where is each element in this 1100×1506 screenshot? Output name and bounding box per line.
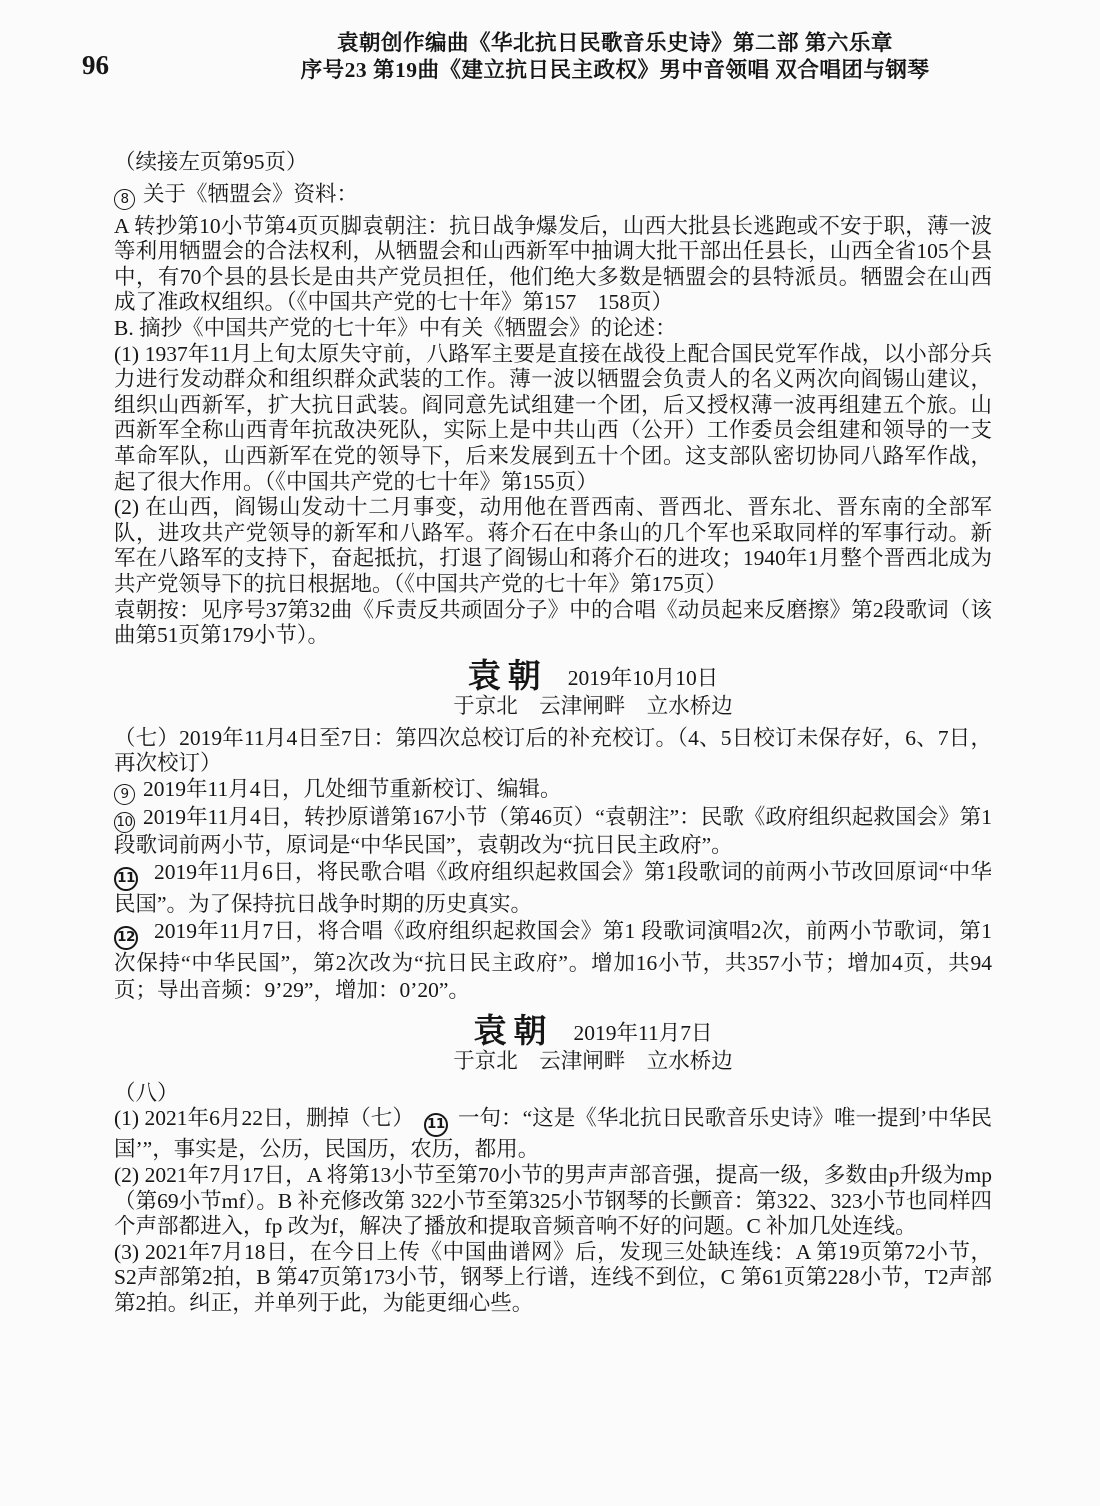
signature-line-2: 袁朝2019年11月7日 [194, 1020, 992, 1047]
item-11: 112019年11月6日，将民歌合唱《政府组织起救国会》第1段歌词的前两小节改回… [114, 859, 992, 918]
signature-block-1: 袁朝2019年10月10日 于京北 云津闸畔 立水桥边 [114, 665, 992, 720]
paragraph-excerpt-2: (2) 在山西，阎锡山发动十二月事变，动用他在晋西南、晋西北、晋东北、晋东南的全… [114, 495, 992, 597]
document-header: 袁朝创作编曲《华北抗日民歌音乐史诗》第二部 第六乐章 序号23 第19曲《建立抗… [170, 30, 1060, 84]
item-12: 122019年11月7日，将合唱《政府组织起救国会》第1 段歌词演唱2次，前两小… [114, 918, 992, 1004]
circled-number-12: 12 [114, 926, 138, 950]
header-title-line-2: 序号23 第19曲《建立抗日民主政权》男中音领唱 双合唱团与钢琴 [170, 57, 1060, 84]
continuation-note: （续接左页第95页） [114, 150, 992, 176]
paragraph-source-a: A 转抄第10小节第4页页脚袁朝注：抗日战争爆发后，山西大批县长逃跑或不安于职，… [114, 214, 992, 316]
revision-note-2: (2) 2021年7月17日，A 将第13小节至第70小节的男声声部音强，提高一… [114, 1163, 992, 1240]
section-8-heading: （八） [114, 1081, 992, 1107]
item-10: 102019年11月4日，转抄原谱第167小节（第46页）“袁朝注”：民歌《政府… [114, 805, 992, 859]
item-8-heading: 8关于《牺盟会》资料： [114, 182, 992, 210]
section-7-heading: （七）2019年11月4日至7日：第四次总校订后的补充校订。（4、5日校订未保存… [114, 726, 992, 777]
signature-date: 2019年11月7日 [574, 1021, 713, 1045]
circled-number-11-inline: 11 [424, 1113, 448, 1137]
item-10-text: 2019年11月4日，转抄原谱第167小节（第46页）“袁朝注”：民歌《政府组织… [114, 805, 992, 857]
signature-line-1: 袁朝2019年10月10日 [194, 665, 992, 692]
header-title-line-1: 袁朝创作编曲《华北抗日民歌音乐史诗》第二部 第六乐章 [170, 30, 1060, 57]
document-page: 96 袁朝创作编曲《华北抗日民歌音乐史诗》第二部 第六乐章 序号23 第19曲《… [0, 0, 1100, 1506]
circled-number-8: 8 [114, 189, 135, 210]
item-9: 92019年11月4日，几处细节重新校订、编辑。 [114, 777, 992, 805]
revision-note-1: (1) 2021年6月22日，删掉（七）11一句：“这是《华北抗日民歌音乐史诗》… [114, 1106, 992, 1163]
signature-date: 2019年10月10日 [568, 666, 719, 690]
document-body: （续接左页第95页） 8关于《牺盟会》资料： A 转抄第10小节第4页页脚袁朝注… [114, 150, 992, 1317]
item-12-text: 2019年11月7日，将合唱《政府组织起救国会》第1 段歌词演唱2次，前两小节歌… [114, 919, 992, 1002]
item-11-text: 2019年11月6日，将民歌合唱《政府组织起救国会》第1段歌词的前两小节改回原词… [114, 860, 992, 916]
circled-number-10: 10 [114, 812, 135, 833]
revision-note-1-pre: (1) 2021年6月22日，删掉（七） [114, 1106, 414, 1130]
signature-place: 于京北 云津闸畔 立水桥边 [194, 694, 992, 720]
paragraph-author-note: 袁朝按：见序号37第32曲《斥责反共顽固分子》中的合唱《动员起来反磨擦》第2段歌… [114, 598, 992, 649]
revision-note-3: (3) 2021年7月18日，在今日上传《中国曲谱网》后，发现三处缺连线：A 第… [114, 1240, 992, 1317]
circled-number-11: 11 [114, 867, 138, 891]
signature-block-2: 袁朝2019年11月7日 于京北 云津闸畔 立水桥边 [114, 1020, 992, 1075]
item-8-text: 关于《牺盟会》资料： [143, 182, 358, 206]
item-9-text: 2019年11月4日，几处细节重新校订、编辑。 [143, 777, 561, 801]
page-number: 96 [82, 50, 109, 81]
paragraph-excerpt-1: (1) 1937年11月上旬太原失守前，八路军主要是直接在战役上配合国民党军作战… [114, 342, 992, 496]
author-name: 袁朝 [474, 1014, 554, 1050]
author-name: 袁朝 [468, 659, 548, 695]
paragraph-source-b-heading: B. 摘抄《中国共产党的七十年》中有关《牺盟会》的论述： [114, 316, 992, 342]
signature-place: 于京北 云津闸畔 立水桥边 [194, 1049, 992, 1075]
circled-number-9: 9 [114, 784, 135, 805]
